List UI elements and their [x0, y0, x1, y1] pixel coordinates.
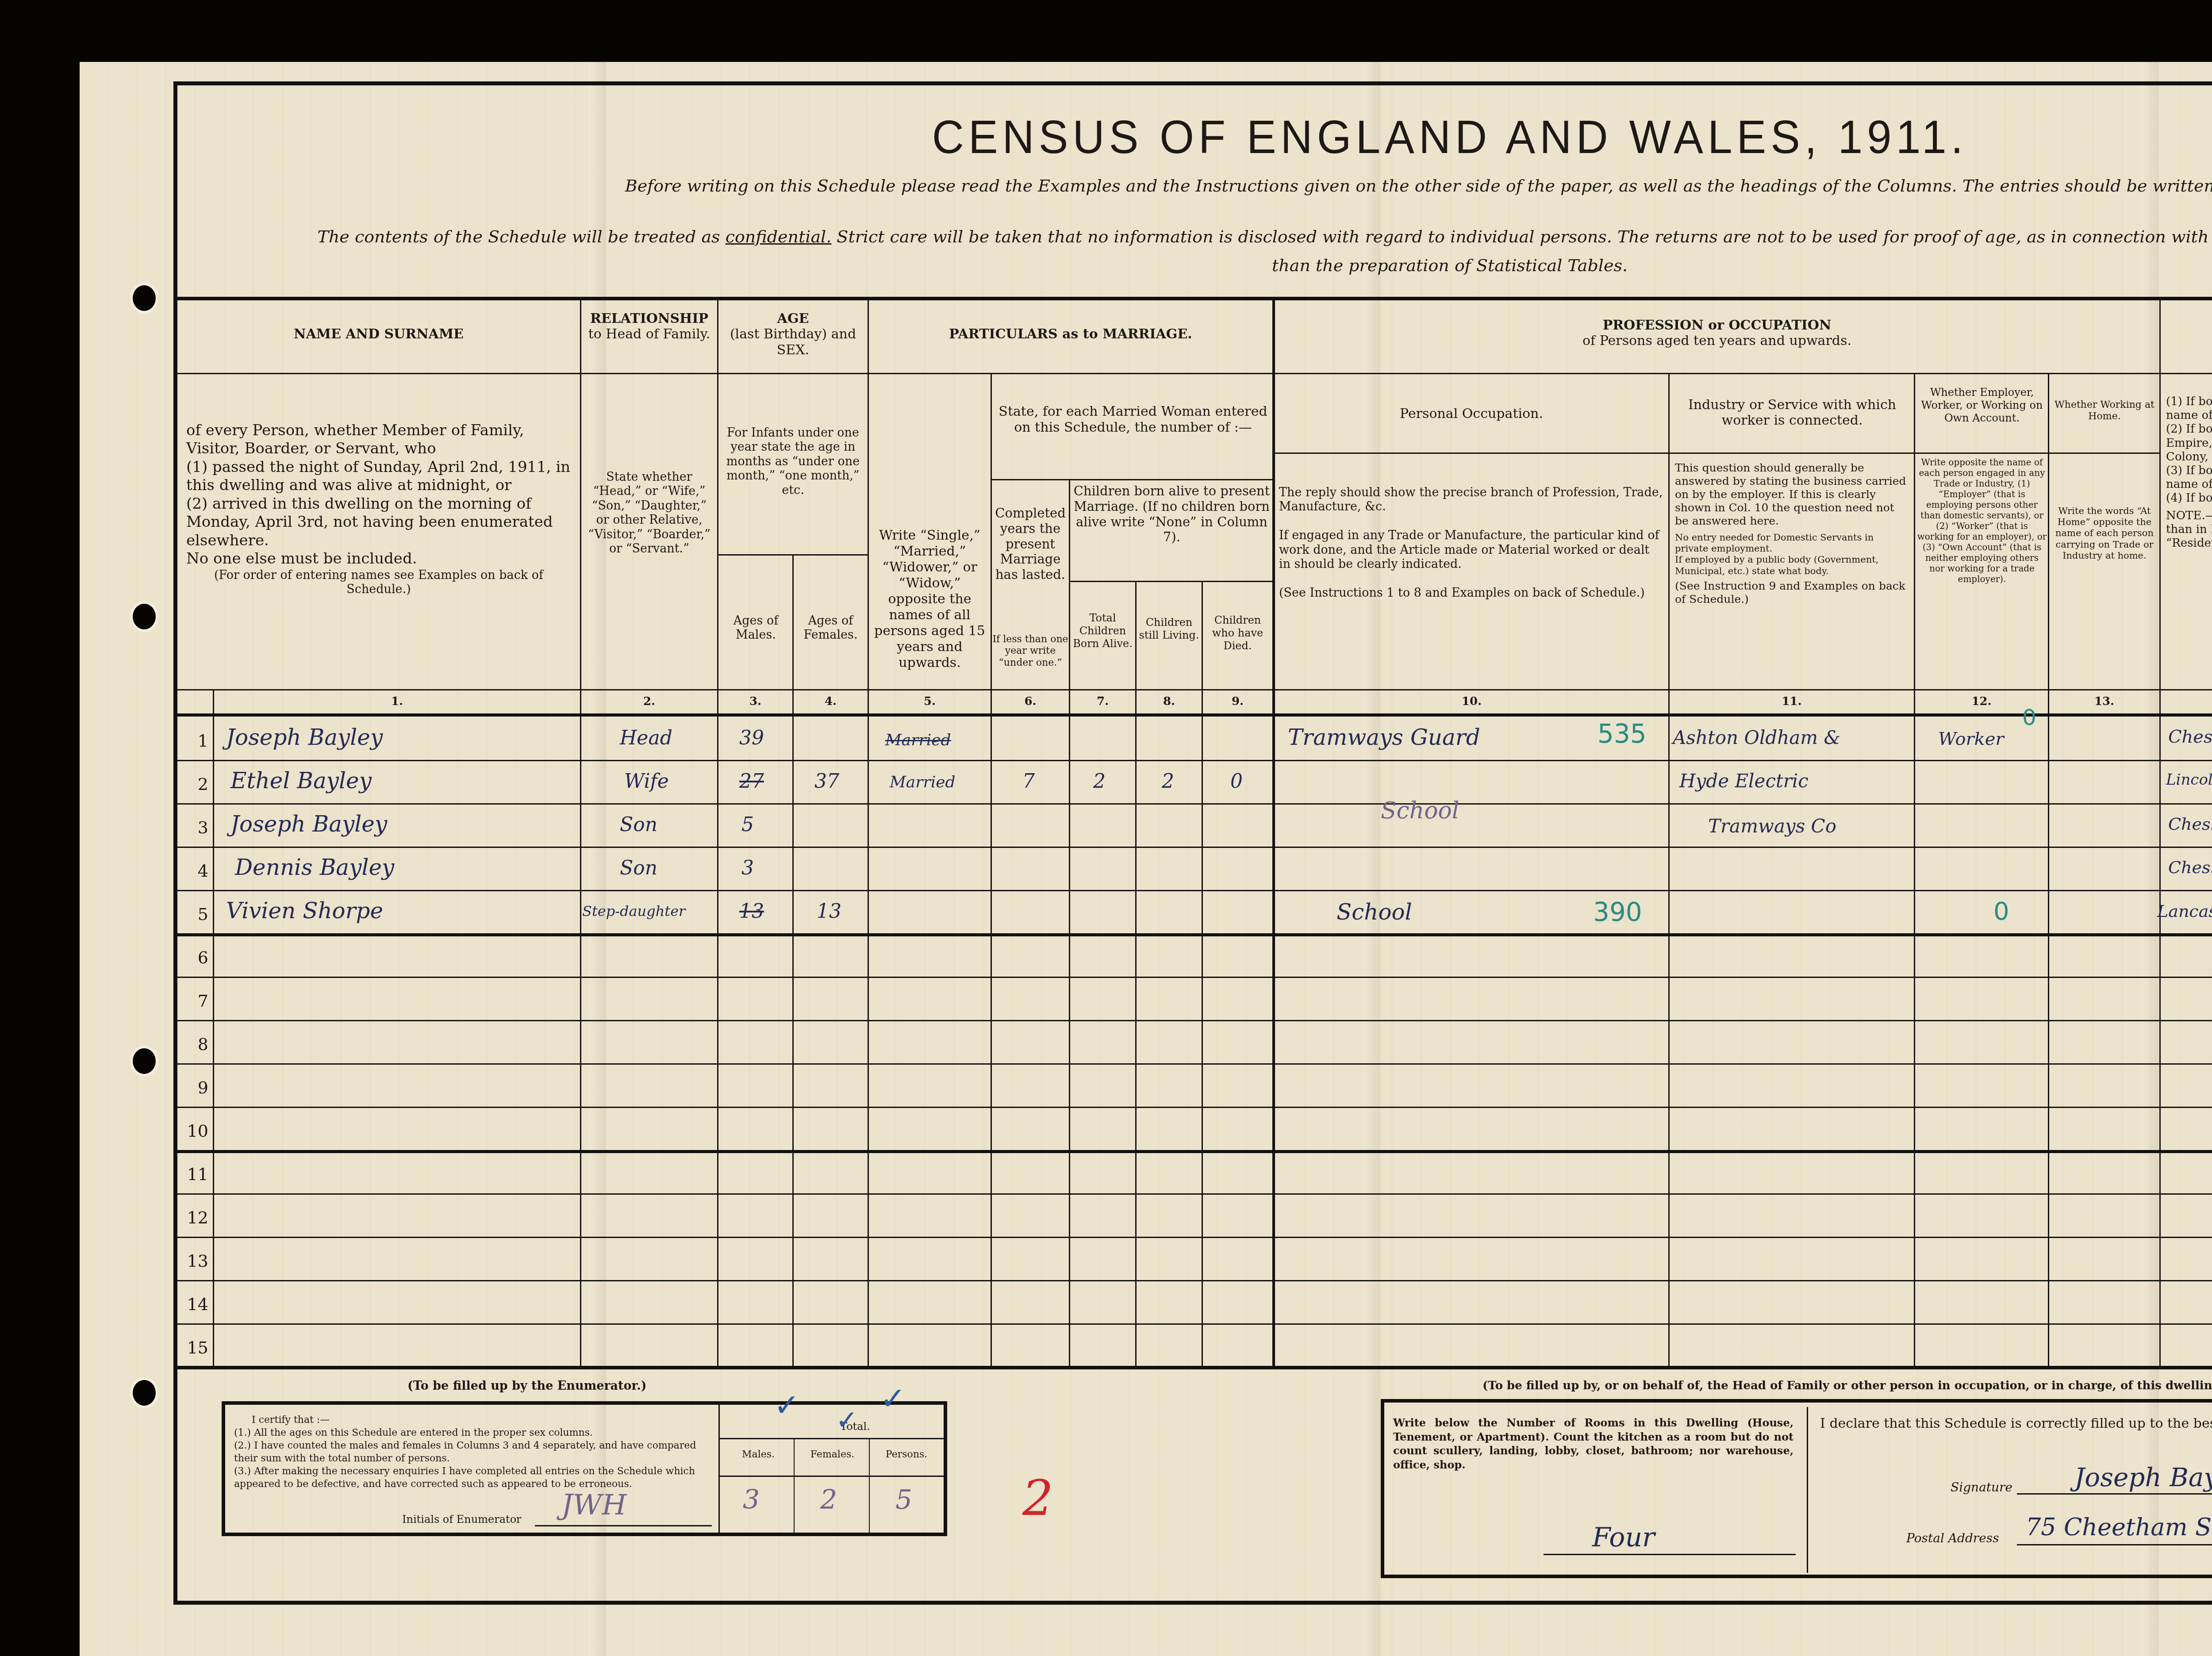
header-children-died: Children who have Died.: [1203, 614, 1272, 652]
header-age: AGE (last Birthday) and SEX.: [718, 311, 868, 358]
industry-cell[interactable]: Hyde Electric: [1679, 770, 1809, 792]
totals-col-line: [794, 1439, 795, 1533]
age-male-cell[interactable]: 3: [741, 857, 754, 879]
checkmark-icon: ✓: [774, 1387, 800, 1423]
birthplace-cell[interactable]: Cheshire Allostock: [2168, 858, 2212, 877]
col-line: [717, 297, 718, 1366]
column-number: 9.: [1203, 695, 1272, 708]
column-number: 4.: [794, 695, 868, 708]
industry-cell[interactable]: Ashton Oldham &: [1673, 727, 1840, 748]
row-number: 2: [182, 774, 208, 794]
row-number: 9: [182, 1078, 208, 1097]
row-number: 1: [182, 731, 208, 751]
column-number: 1.: [214, 695, 580, 708]
relationship-cell[interactable]: Son: [620, 857, 657, 879]
persons-label: Persons.: [871, 1449, 942, 1460]
row-rule: [177, 1237, 2212, 1238]
header-ages-females: Ages of Females.: [794, 614, 868, 643]
name-cell[interactable]: Ethel Bayley: [230, 768, 372, 793]
col-line: [991, 373, 992, 1366]
col-line: [2048, 373, 2049, 1366]
name-cell[interactable]: Dennis Bayley: [235, 855, 394, 880]
row-rule: [177, 1020, 2212, 1021]
column-number: 14.: [2161, 695, 2212, 708]
row-rule: [177, 1107, 2212, 1108]
children-sub-rule: [1070, 581, 1272, 582]
checkmark-icon: ✓: [836, 1405, 858, 1436]
col-line: [792, 554, 794, 1366]
birthplace-cell[interactable]: Cheshire Stalybridge: [2168, 727, 2212, 747]
signature-underline: [2017, 1493, 2212, 1495]
age-male-cell[interactable]: 27: [739, 770, 764, 793]
initials-value[interactable]: JWH: [561, 1489, 626, 1522]
confidentiality-notice: The contents of the Schedule will be tre…: [177, 227, 2212, 246]
household-declaration-box: Write below the Number of Rooms in this …: [1381, 1399, 2212, 1578]
declaration-text: I declare that this Schedule is correctl…: [1820, 1416, 2212, 1431]
punch-hole: [133, 1380, 156, 1406]
header-employment-status-body: Write opposite the name of each person e…: [1917, 457, 2047, 584]
col-line: [213, 690, 214, 1366]
totals-rule: [720, 1438, 944, 1439]
enumerator-certificate-box: I certify that :— (1.) All the ages on t…: [222, 1401, 947, 1536]
row-number: 14: [182, 1295, 208, 1314]
females-total[interactable]: 2: [820, 1484, 837, 1515]
col-line: [1914, 373, 1915, 1366]
certificate-text: I certify that :— (1.) All the ages on t…: [234, 1414, 712, 1491]
header-occupation-body: The reply should show the precise branch…: [1279, 486, 1664, 600]
punch-hole: [133, 604, 156, 629]
column-number: 10.: [1275, 695, 1668, 708]
header-industry: Industry or Service with which worker is…: [1671, 397, 1914, 429]
postal-address-label: Postal Address: [1906, 1531, 1999, 1545]
row-number: 7: [182, 991, 208, 1011]
females-label: Females.: [796, 1449, 869, 1460]
years-married-cell[interactable]: 7: [1022, 770, 1035, 793]
column-number: 2.: [581, 695, 717, 708]
row-number: 13: [182, 1251, 208, 1271]
name-cell[interactable]: Joseph Bayley: [226, 724, 383, 750]
age-female-cell[interactable]: 37: [814, 770, 839, 793]
males-total[interactable]: 3: [743, 1484, 760, 1515]
column-number: 7.: [1070, 695, 1135, 708]
header-working-at-home-body: Write the words “At Home” opposite the n…: [2050, 506, 2159, 561]
row-number: 11: [182, 1165, 208, 1184]
header-relationship: RELATIONSHIP to Head of Family.: [581, 311, 717, 342]
header-birthplace-body: (1) If born in the United Kingdom, write…: [2166, 395, 2212, 550]
row-number: 5: [182, 905, 208, 924]
header-mid-rule: [177, 373, 2212, 374]
punch-hole: [133, 1048, 156, 1074]
relationship-cell[interactable]: Head: [620, 727, 672, 749]
relationship-cell[interactable]: Son: [620, 813, 657, 836]
row-number: 12: [182, 1208, 208, 1227]
header-ages-males: Ages of Males.: [719, 614, 792, 643]
header-bottom-rule: [177, 689, 2212, 690]
row-rule: [177, 1323, 2212, 1325]
col-line: [1272, 297, 1275, 1366]
occupation-code: 535: [1598, 719, 1647, 749]
confidentiality-notice-line2: than the preparation of Statistical Tabl…: [177, 256, 2212, 275]
address-underline: [2017, 1544, 2212, 1545]
occupation-cell[interactable]: Tramways Guard: [1288, 724, 1480, 750]
employment-code: 0: [1993, 897, 2009, 926]
rooms-underline: [1544, 1554, 1796, 1555]
birthplace-cell[interactable]: Cheshire Broom Edge: [2168, 814, 2212, 834]
name-cell[interactable]: Vivien Shorpe: [226, 898, 383, 924]
row-number: 10: [182, 1121, 208, 1141]
page-title: CENSUS OF ENGLAND AND WALES, 1911.: [177, 111, 2212, 164]
postal-address-value[interactable]: 75 Cheetham St H. Openshaw: [2026, 1513, 2212, 1541]
children-total-cell[interactable]: 2: [1093, 770, 1106, 793]
row-rule: [177, 760, 2212, 761]
row-rule-bold: [177, 933, 2212, 936]
checkmark-icon: ✓: [880, 1380, 906, 1417]
red-annotation-mark: 2: [1022, 1470, 1053, 1526]
header-birthplace: BIRTHPLACE of every person.: [2161, 318, 2212, 349]
totals-divider: [718, 1405, 720, 1533]
occupation-sub-rule: [1274, 452, 2159, 454]
header-marital-condition: Write “Single,” “Married,” “Widower,” or…: [871, 528, 988, 671]
household-heading: (To be filled up by, or on behalf of, th…: [1482, 1379, 2212, 1392]
children-living-cell[interactable]: 2: [1162, 770, 1174, 793]
signature-label: Signature: [1951, 1480, 2012, 1495]
row-rule: [177, 1280, 2212, 1281]
row-number: 4: [182, 861, 208, 881]
header-years-married-note: If less than one year write “under one.”: [992, 634, 1068, 669]
col-line: [868, 297, 869, 1366]
totals-col-line: [869, 1439, 870, 1533]
rooms-instructions: Write below the Number of Rooms in this …: [1393, 1416, 1793, 1472]
row-number: 15: [182, 1338, 208, 1357]
column-number: 6.: [992, 695, 1069, 708]
occupation-cell[interactable]: School: [1336, 899, 1412, 925]
header-personal-occupation: Personal Occupation.: [1275, 406, 1668, 422]
birthplace-cell[interactable]: Lincolnshire Mkt Deeping: [2166, 771, 2212, 789]
header-name: NAME AND SURNAME: [177, 326, 580, 342]
age-male-cell[interactable]: 13: [739, 900, 764, 923]
relationship-cell[interactable]: Wife: [624, 770, 669, 793]
row-number: 8: [182, 1035, 208, 1054]
data-top-rule: [177, 713, 2212, 717]
header-married-woman: State, for each Married Woman entered on…: [996, 404, 1270, 436]
enumerator-heading: (To be filled up by the Enumerator.): [407, 1379, 647, 1393]
header-name-body: of every Person, whether Member of Famil…: [186, 422, 571, 597]
row-rule: [177, 1063, 2212, 1065]
initials-underline: [535, 1525, 712, 1526]
row-rule: [177, 847, 2212, 848]
header-top-rule: [177, 297, 2212, 300]
punch-hole: [133, 285, 156, 311]
initials-label: Initials of Enumerator: [402, 1513, 522, 1526]
header-relationship-body: State whether “Head,” or “Wife,” “Son,” …: [586, 470, 713, 556]
birthplace-cell[interactable]: Lancashire Longsight: [2157, 901, 2212, 921]
age-sub-rule: [718, 554, 868, 556]
header-years-married: Completed years the present Marriage has…: [992, 506, 1068, 583]
header-employment-status: Whether Employer, Worker, or Working on …: [1916, 386, 2048, 424]
writing-instruction: Before writing on this Schedule please r…: [177, 176, 2212, 195]
males-label: Males.: [723, 1449, 794, 1460]
row-rule: [177, 890, 2212, 891]
employment-cell[interactable]: Worker: [1938, 729, 2004, 749]
age-male-cell[interactable]: 5: [741, 813, 754, 836]
occupation-code: 390: [1593, 897, 1642, 927]
industry-cell[interactable]: Tramways Co: [1708, 815, 1836, 837]
header-occupation: PROFESSION or OCCUPATION of Persons aged…: [1275, 318, 2159, 349]
rooms-value[interactable]: Four: [1592, 1522, 1655, 1553]
relationship-cell[interactable]: Step-daughter: [582, 903, 685, 920]
age-male-cell[interactable]: 39: [739, 727, 764, 749]
marriage-sub-rule: [991, 479, 1272, 480]
schedule-form: CENSUS OF ENGLAND AND WALES, 1911. Befor…: [173, 81, 2212, 1605]
header-marriage: PARTICULARS as to MARRIAGE.: [869, 326, 1272, 342]
header-industry-body: This question should generally be answer…: [1675, 461, 1909, 606]
marital-cell[interactable]: Married: [885, 731, 951, 749]
header-children: Children born alive to present Marriage.…: [1071, 483, 1272, 545]
persons-total[interactable]: 5: [895, 1484, 912, 1515]
row-rule-bold: [177, 1150, 2212, 1153]
row-number: 3: [182, 818, 208, 837]
header-working-at-home: Whether Working at Home.: [2050, 399, 2159, 423]
column-number: 5.: [869, 695, 991, 708]
row-rule: [177, 803, 2212, 805]
column-number: 11.: [1670, 695, 1914, 708]
row-rule: [177, 1193, 2212, 1195]
age-female-cell[interactable]: 13: [817, 900, 841, 923]
header-age-body: For Infants under one year state the age…: [721, 426, 865, 498]
marital-cell[interactable]: Married: [890, 773, 956, 791]
occupation-cell[interactable]: School: [1381, 797, 1459, 824]
household-divider: [1807, 1407, 1808, 1573]
column-number: 3.: [718, 695, 792, 708]
header-children-living: Children still Living.: [1137, 616, 1202, 642]
column-number: 13.: [2049, 695, 2159, 708]
col-line: [2159, 297, 2161, 1366]
signature-value[interactable]: Joseph Bayley: [2074, 1462, 2212, 1492]
row-number: 6: [182, 948, 208, 967]
employment-code: 0: [2022, 705, 2036, 730]
name-cell[interactable]: Joseph Bayley: [230, 811, 387, 837]
data-bottom-rule: [177, 1366, 2212, 1369]
totals-rule: [720, 1476, 944, 1477]
col-line: [1668, 373, 1670, 1366]
header-total-children: Total Children Born Alive.: [1070, 612, 1135, 650]
column-number: 8.: [1137, 695, 1202, 708]
row-rule: [177, 977, 2212, 978]
children-died-cell[interactable]: 0: [1230, 770, 1243, 793]
col-line: [580, 297, 581, 1366]
